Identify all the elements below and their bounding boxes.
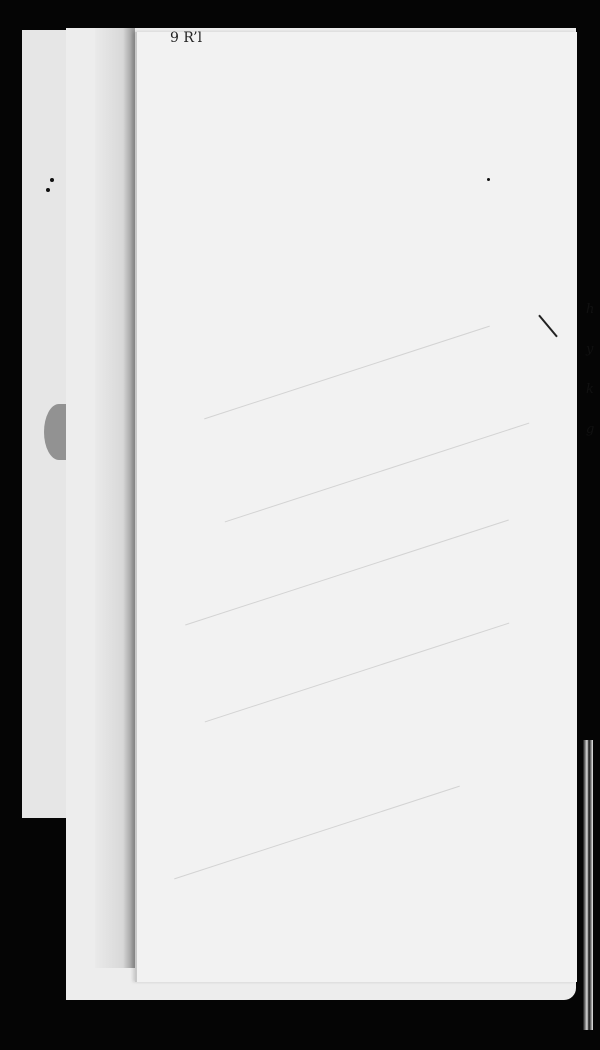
folded-strip xyxy=(95,28,135,968)
pen-mark xyxy=(538,315,558,338)
margin-fragments: h y k g xyxy=(586,290,600,550)
faded-line xyxy=(204,326,490,420)
ink-dot xyxy=(50,178,54,182)
fragment: g xyxy=(586,410,600,450)
main-page xyxy=(135,32,577,982)
ink-dot xyxy=(46,188,50,192)
faded-line xyxy=(185,519,509,625)
faded-line xyxy=(225,423,530,523)
fragment: y xyxy=(586,330,600,370)
fragment: h xyxy=(586,290,600,330)
faded-line xyxy=(174,786,460,880)
fragment: k xyxy=(586,370,600,410)
ink-dot xyxy=(487,178,490,181)
header-scrawl: 9 R’l xyxy=(170,30,202,46)
film-edge xyxy=(583,740,593,1030)
faded-line xyxy=(205,623,510,723)
